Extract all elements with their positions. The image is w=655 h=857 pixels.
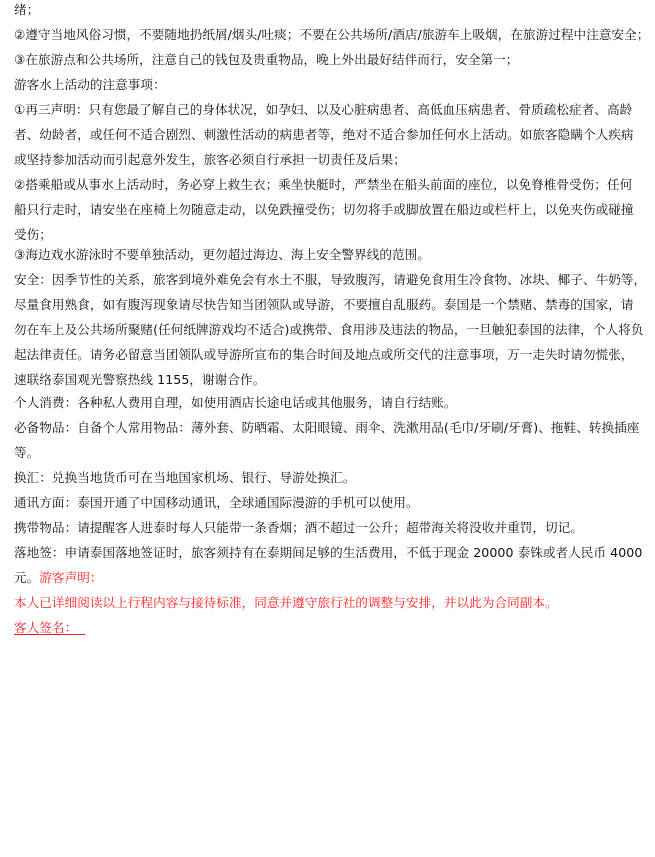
- document-page: 绪； ②遵守当地风俗习惯，不要随地扔纸屑/烟头/吐痰；不要在公共场所/酒店/旅游…: [0, 0, 655, 857]
- essentials-line: 必备物品：自备个人常用物品：薄外套、防晒霜、太阳眼镜、雨伞、洗漱用品(毛巾/牙刷…: [14, 416, 644, 441]
- signature-label: 客人签名：: [14, 620, 77, 635]
- telecom-line: 通讯方面：泰国开通了中国移动通讯，全球通国际漫游的手机可以使用。: [14, 491, 644, 516]
- notice-line: 速联络泰国观光警察热线 1155，谢谢合作。: [14, 368, 644, 393]
- notice-line: ②遵守当地风俗习惯，不要随地扔纸屑/烟头/吐痰；不要在公共场所/酒店/旅游车上吸…: [14, 23, 644, 48]
- visa-line-end: 元。: [14, 570, 39, 585]
- water-activity-heading: 游客水上活动的注意事项：: [14, 73, 644, 98]
- signature-row: 客人签名：: [14, 616, 644, 641]
- declaration-row: 元。游客声明：: [14, 566, 644, 591]
- notice-line: 船只行走时，请安坐在座椅上勿随意走动，以免跌撞受伤；切勿将手或脚放置在船边或栏杆…: [14, 198, 644, 223]
- signature-field[interactable]: [77, 620, 85, 635]
- safety-paragraph: 安全：因季节性的关系，旅客到境外难免会有水土不服，导致腹泻，请避免食用生冷食物、…: [14, 268, 644, 293]
- notice-line: ③海边戏水游泳时不要单独活动，更勿超过海边、海上安全警界线的范围。: [14, 243, 644, 268]
- notice-line: 或坚持参加活动而引起意外发生，旅客必须自行承担一切责任及后果；: [14, 148, 644, 173]
- notice-line: 等。: [14, 441, 644, 466]
- visa-line: 落地签：申请泰国落地签证时，旅客须持有在泰期间足够的生活费用，不低于现金 200…: [14, 541, 644, 566]
- notice-line: 勿在车上及公共场所聚赌(任何纸牌游戏均不适合)或携带、食用涉及违法的物品，一旦触…: [14, 318, 644, 343]
- notice-line: ②搭乘船或从事水上活动时，务必穿上救生衣；乘坐快艇时，严禁坐在船头前面的座位，以…: [14, 173, 644, 198]
- exchange-line: 换汇：兑换当地货币可在当地国家机场、银行、导游处换汇。: [14, 466, 644, 491]
- carry-items-line: 携带物品：请提醒客人进泰时每人只能带一条香烟；酒不超过一公升；超带海关将没收并重…: [14, 516, 644, 541]
- declaration-text: 本人已详细阅读以上行程内容与接待标准，同意并遵守旅行社的调整与安排，并以此为合同…: [14, 591, 644, 616]
- notice-line: 绪；: [14, 0, 644, 23]
- notice-line: 尽量食用熟食，如有腹泻现象请尽快告知当团领队或导游，不要擅自乱服药。泰国是一个禁…: [14, 293, 644, 318]
- notice-line: 起法律责任。请务必留意当团领队或导游所宣布的集合时间及地点或所交代的注意事项，万…: [14, 343, 644, 368]
- notice-line: ①再三声明：只有您最了解自己的身体状况，如孕妇、以及心脏病患者、高低血压病患者、…: [14, 98, 644, 123]
- personal-expense-line: 个人消费：各种私人费用自理，如使用酒店长途电话或其他服务，请自行结账。: [14, 391, 644, 416]
- declaration-label: 游客声明：: [39, 570, 102, 585]
- notice-line: 者、幼龄者，或任何不适合剧烈、刺激性活动的病患者等，绝对不适合参加任何水上活动。…: [14, 123, 644, 148]
- notice-line: ③在旅游点和公共场所，注意自己的钱包及贵重物品，晚上外出最好结伴而行，安全第一；: [14, 48, 644, 73]
